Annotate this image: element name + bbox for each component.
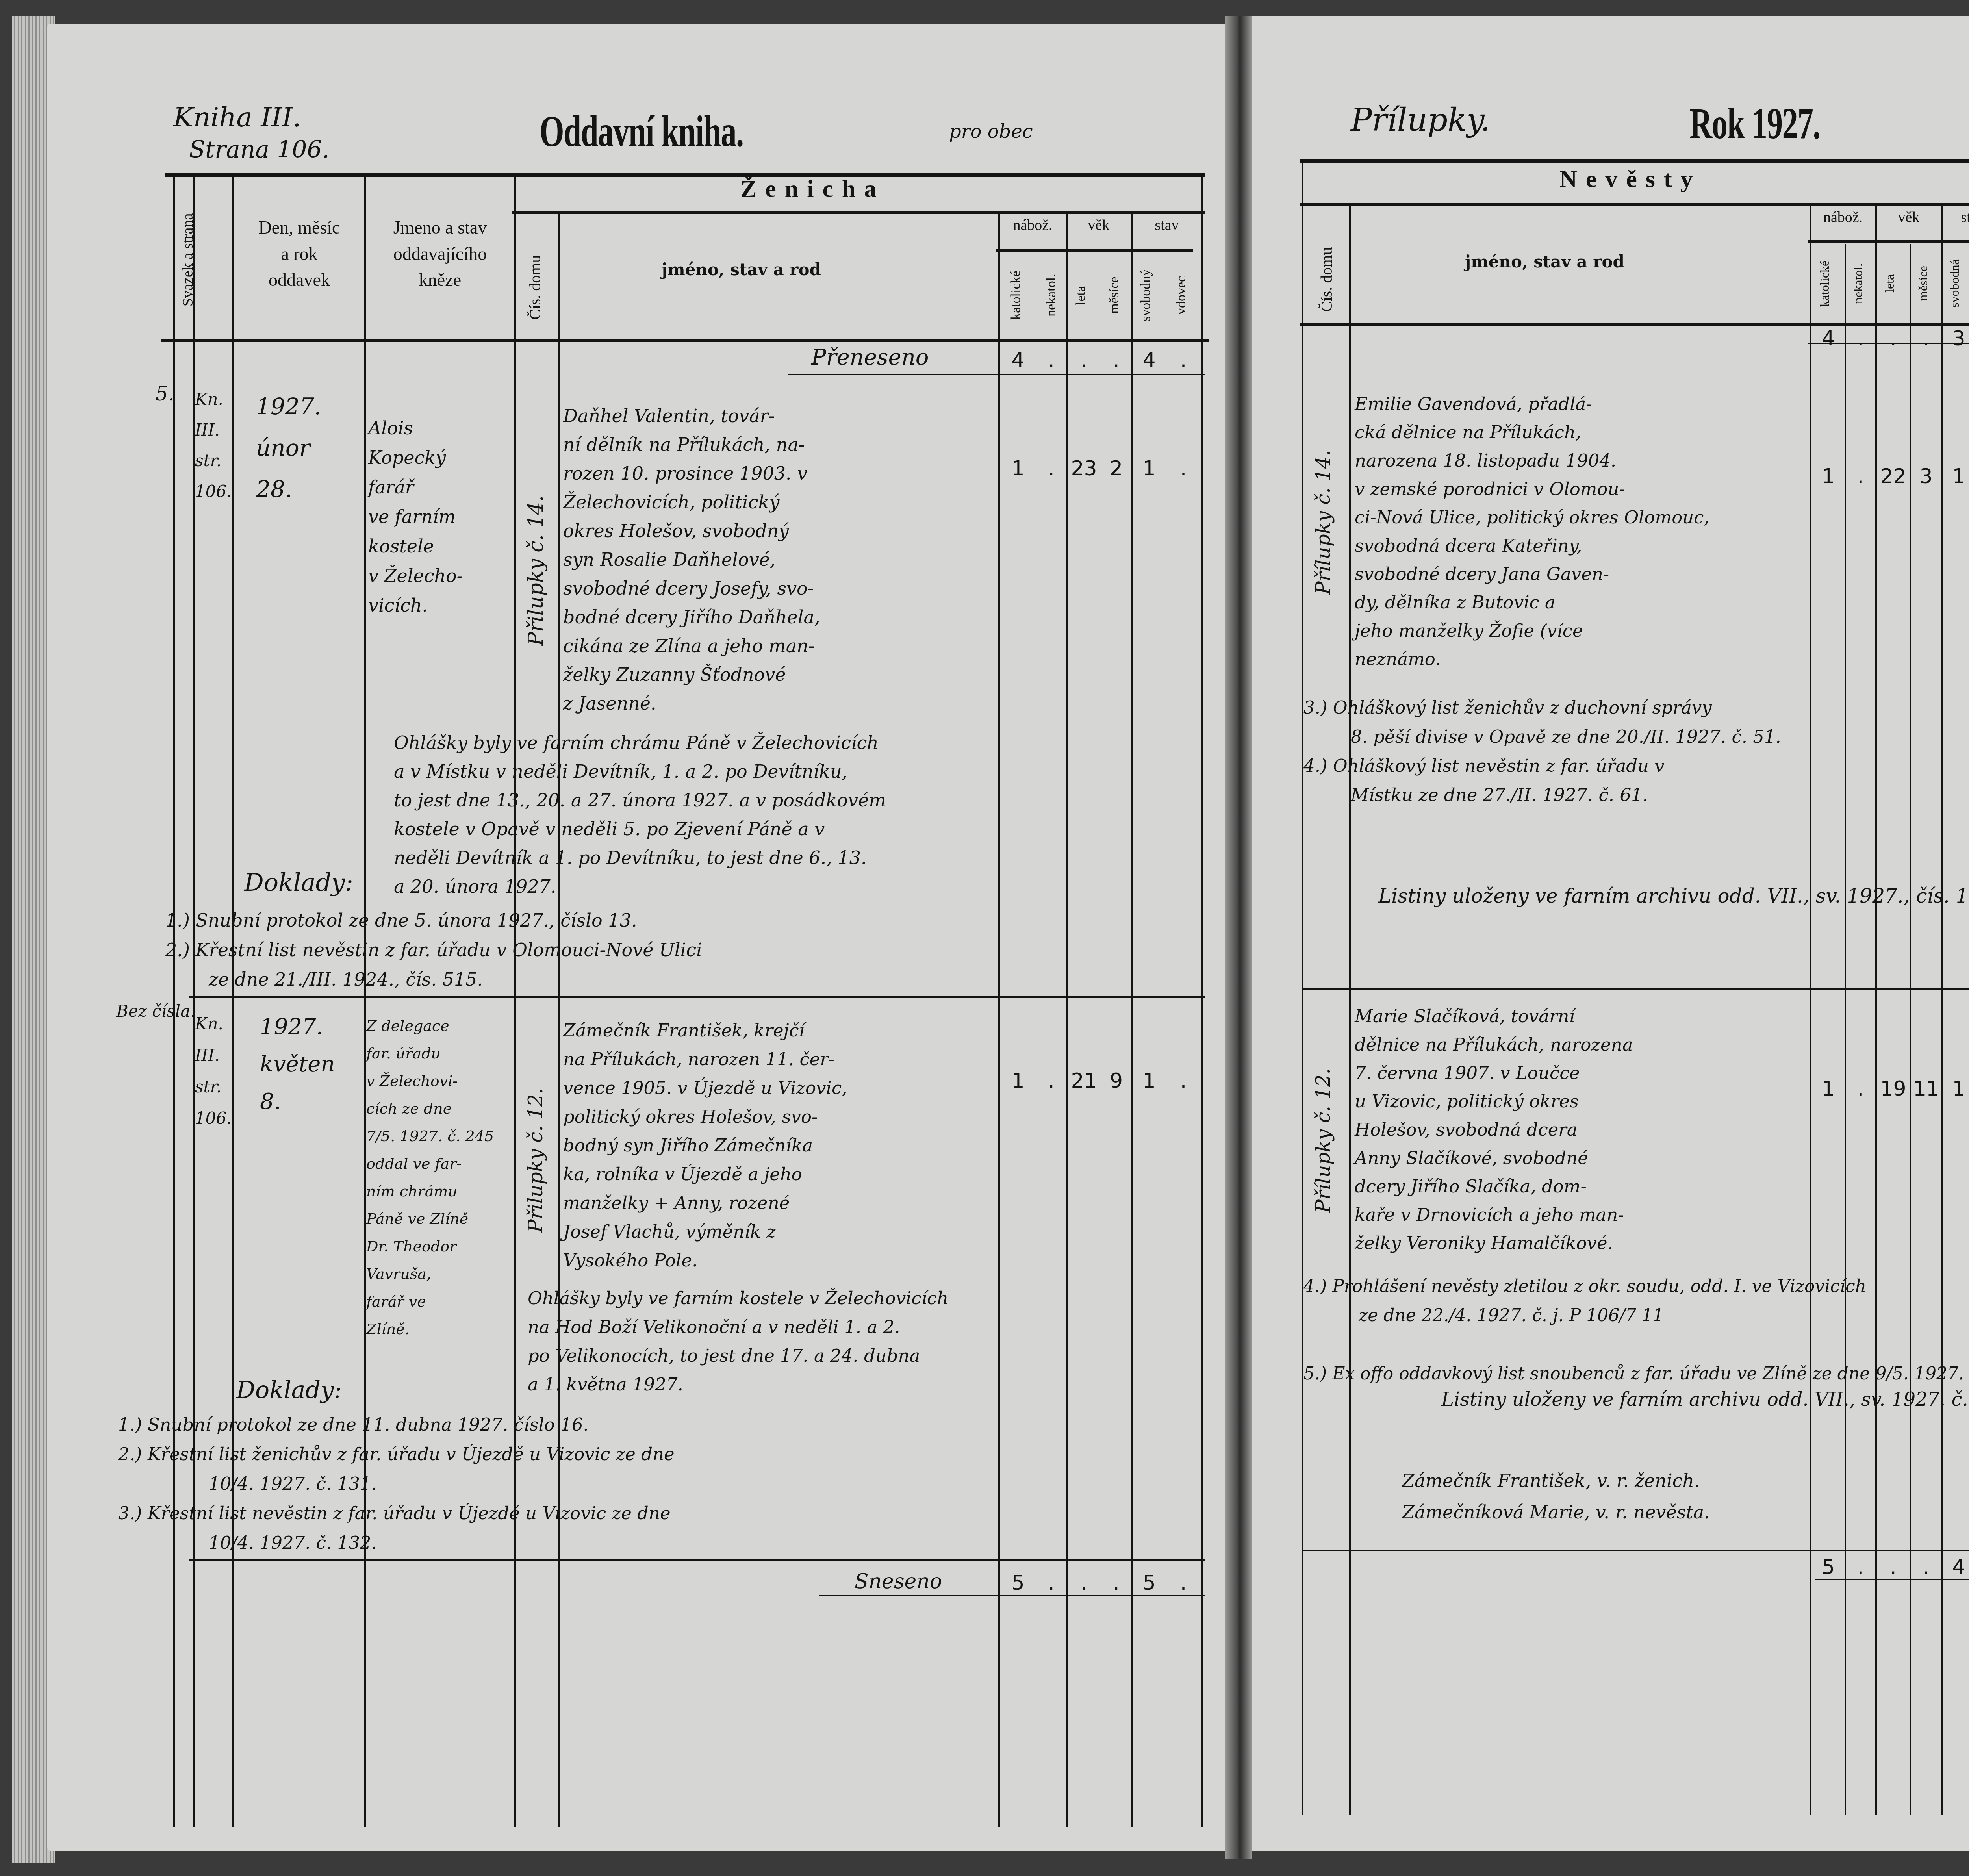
- col-header-religion: nábož.: [1000, 215, 1065, 236]
- entry-house: Přílupky č. 12.: [1313, 1008, 1337, 1213]
- col-header-single: svobodná: [1945, 246, 1969, 321]
- entry-house: Přilupky č. 12.: [526, 1012, 549, 1233]
- bride-single: 1: [1943, 1077, 1969, 1101]
- col-header-house: Čís. domu: [1315, 236, 1339, 323]
- signature: Zámečník František, v. r. ženich.: [1402, 1465, 1710, 1496]
- entry-date: 1927. únor 28.: [256, 386, 321, 510]
- total-years: .: [1876, 1555, 1910, 1579]
- section-rule: [512, 211, 1205, 214]
- col-line: [364, 173, 366, 1827]
- bride-line: svobodné dcery Jana Gaven-: [1355, 560, 1709, 588]
- priest-line: Kopecký: [368, 443, 463, 473]
- col-header-volume: Svazek a strana: [177, 185, 193, 335]
- groom-years: 23: [1067, 457, 1101, 480]
- entry-date: 1927. květen 8.: [260, 1008, 335, 1120]
- bride-noncatholic: .: [1846, 1077, 1875, 1101]
- date-year: 1927.: [256, 386, 321, 427]
- col-line: [514, 173, 516, 1827]
- carried-single: 4: [1133, 349, 1166, 372]
- col-header-months: měsíce: [1914, 246, 1937, 321]
- header-bottom-rule: [161, 339, 1209, 342]
- section-rule: [1300, 203, 1969, 206]
- col-header-status: stav: [1133, 215, 1200, 236]
- priest-line: vicích.: [368, 591, 463, 620]
- banns-note: Ohlášky byly ve farním kostele v Želecho…: [528, 1284, 948, 1399]
- bride-line: v zemské porodnici v Olomou-: [1355, 475, 1709, 503]
- banns-line: kostele v Opavě v neděli 5. po Zjevení P…: [394, 815, 886, 843]
- document-item: 10/4. 1927. č. 132.: [118, 1528, 675, 1557]
- priest-line: ním chrámu: [366, 1177, 494, 1205]
- groom-catholic: 1: [1000, 1069, 1036, 1093]
- priest-line: cích ze dne: [366, 1095, 494, 1122]
- bride-line: ci-Nová Ulice, politický okres Olomouc,: [1355, 503, 1709, 532]
- groom-line: cikána ze Zlína a jeho man-: [563, 632, 820, 660]
- carried-noncatholic: .: [1036, 349, 1066, 372]
- note-line: 4.) Prohlášení nevěsty zletilou z okr. s…: [1303, 1272, 1969, 1301]
- groom-line: Josef Vlachů, výměník z: [563, 1217, 847, 1246]
- priest-line: Z delegace: [366, 1012, 494, 1040]
- banns-note: Ohlášky byly ve farním chrámu Páně v Žel…: [394, 729, 886, 901]
- col-header-house: Čís. domu: [524, 244, 547, 331]
- banns-line: neděli Devítník a 1. po Devítníku, to je…: [394, 843, 886, 872]
- col-line: [1349, 205, 1351, 1815]
- col-header-age: věk: [1067, 215, 1130, 236]
- bride-months: 11: [1911, 1077, 1941, 1101]
- document-item: 2.) Křestní list ženichův z far. úřadu v…: [118, 1439, 675, 1469]
- volume-line: 106.: [195, 476, 232, 507]
- entry-priest: Alois Kopecký farář ve farním kostele v …: [368, 413, 463, 620]
- header-line: a rok: [234, 241, 364, 267]
- groom-line: vence 1905. v Újezdě u Vizovic,: [563, 1073, 847, 1102]
- bride-single: 1: [1943, 465, 1969, 488]
- total-noncatholic: .: [1846, 1555, 1875, 1579]
- col-header-widower: vdovec: [1172, 254, 1195, 337]
- total-months: .: [1101, 1571, 1131, 1595]
- header-line: oddavajícího: [366, 241, 514, 267]
- total-rule: [1815, 1579, 1969, 1580]
- documents-label: Doklady:: [244, 870, 353, 895]
- sub-header-rule: [996, 249, 1193, 252]
- bride-line: u Vizovic, politický okres: [1355, 1087, 1633, 1116]
- document-item: 3.) Křestní list nevěstin z far. úřadu v…: [118, 1498, 675, 1528]
- note-line: ze dne 22./4. 1927. č. j. P 106/7 11: [1303, 1301, 1969, 1330]
- groom-noncatholic: .: [1036, 457, 1066, 480]
- banns-line: na Hod Boží Velikonoční a v neděli 1. a …: [528, 1312, 948, 1341]
- volume-line: str.: [195, 1071, 232, 1103]
- bride-months: 3: [1911, 465, 1941, 488]
- priest-line: farář: [368, 473, 463, 502]
- priest-line: kostele: [368, 532, 463, 561]
- groom-line: z Jasenné.: [563, 689, 820, 718]
- banns-line: to jest dne 13., 20. a 27. února 1927. a…: [394, 786, 886, 815]
- groom-line: manželky + Anny, rozené: [563, 1188, 847, 1217]
- bride-description: Emilie Gavendová, přadlá- cká dělnice na…: [1355, 390, 1709, 673]
- groom-line: Zámečník František, krejčí: [563, 1016, 847, 1045]
- groom-line: bodné dcery Jiřího Daňhela,: [563, 603, 820, 632]
- date-day: 28.: [256, 469, 321, 510]
- total-catholic: 5: [1000, 1571, 1036, 1595]
- groom-widower: .: [1166, 457, 1200, 480]
- archive-note: Listiny uloženy ve farním archivu odd. V…: [1378, 886, 1969, 906]
- groom-widower: .: [1166, 1069, 1200, 1093]
- col-header-religion: nábož.: [1811, 207, 1874, 228]
- priest-line: Zlíně.: [366, 1315, 494, 1343]
- carried-years: .: [1876, 327, 1910, 350]
- groom-single: 1: [1133, 1069, 1166, 1093]
- priest-line: farář ve: [366, 1288, 494, 1315]
- total-noncatholic: .: [1036, 1571, 1066, 1595]
- entry-separator: [189, 996, 1205, 998]
- date-year: 1927.: [260, 1008, 335, 1046]
- col-header-years: leta: [1071, 254, 1095, 337]
- entry-number: 5.: [156, 384, 174, 404]
- col-header-years: leta: [1880, 246, 1904, 321]
- groom-line: Vysokého Pole.: [563, 1246, 847, 1275]
- total-single: 5: [1133, 1571, 1166, 1595]
- bride-line: jeho manželky Žofie (více: [1355, 617, 1709, 645]
- banns-line: po Velikonocích, to jest dne 17. a 24. d…: [528, 1341, 948, 1370]
- header-line: oddavek: [234, 267, 364, 293]
- priest-line: 7/5. 1927. č. 245: [366, 1122, 494, 1150]
- volume-line: Kn.: [195, 384, 232, 415]
- priest-line: oddal ve far-: [366, 1150, 494, 1177]
- note-line: 4.) Ohláškový list nevěstin z far. úřadu…: [1303, 751, 1781, 780]
- carried-over-rule: [788, 374, 1205, 375]
- groom-catholic: 1: [1000, 457, 1036, 480]
- bride-line: dcery Jiřího Slačíka, dom-: [1355, 1172, 1633, 1201]
- carried-months: .: [1911, 327, 1941, 350]
- groom-line: ka, rolníka v Újezdě a jeho: [563, 1160, 847, 1188]
- book-label: Kniha III.: [173, 104, 301, 131]
- municipality-name: Přílupky.: [1351, 104, 1490, 136]
- top-rule: [1300, 159, 1969, 163]
- priest-line: ve farním: [368, 502, 463, 532]
- bride-noncatholic: .: [1846, 465, 1875, 488]
- col-header-noncatholic: nekatol.: [1042, 254, 1063, 337]
- col-header-months: měsíce: [1105, 254, 1128, 337]
- bride-line: cká dělnice na Přílukách,: [1355, 418, 1709, 447]
- note-line: č. 773.: [1303, 1330, 1969, 1359]
- entry-number: Bez čísla.: [116, 1000, 196, 1022]
- carried-widower: .: [1166, 349, 1200, 372]
- priest-line: v Želechovi-: [366, 1067, 494, 1095]
- carried-years: .: [1067, 349, 1101, 372]
- total-rule: [819, 1595, 1205, 1596]
- col-header-status: stav: [1943, 207, 1969, 228]
- document-item: ze dne 21./III. 1924., čís. 515.: [165, 965, 702, 994]
- banns-line: Ohlášky byly ve farním kostele v Želecho…: [528, 1284, 948, 1312]
- groom-noncatholic: .: [1036, 1069, 1066, 1093]
- banns-line: a v Místku v neděli Devítník, 1. a 2. po…: [394, 757, 886, 786]
- col-header-date: Den, měsíc a rok oddavek: [234, 215, 364, 293]
- bride-line: Emilie Gavendová, přadlá-: [1355, 390, 1709, 418]
- entry-priest: Z delegace far. úřadu v Želechovi- cích …: [366, 1012, 494, 1343]
- total-catholic: 5: [1811, 1555, 1845, 1579]
- priest-line: far. úřadu: [366, 1040, 494, 1067]
- entry-house: Přilupky č. 14.: [526, 394, 549, 646]
- bride-years: 19: [1876, 1077, 1910, 1101]
- bride-years: 22: [1876, 465, 1910, 488]
- col-header-name: jméno, stav a rod: [662, 260, 821, 279]
- page-label: Strana 106.: [189, 138, 330, 161]
- col-header-noncatholic: nekatol.: [1849, 246, 1871, 321]
- top-rule: [165, 173, 1205, 177]
- signatures: Zámečník František, v. r. ženich. Zámečn…: [1402, 1465, 1710, 1528]
- entry-house: Přílupky č. 14.: [1313, 374, 1337, 595]
- banns-line: Ohlášky byly ve farním chrámu Páně v Žel…: [394, 729, 886, 757]
- year-title: Rok 1927.: [1689, 98, 1820, 149]
- groom-line: Daňhel Valentin, továr-: [563, 402, 820, 430]
- groom-line: bodný syn Jiřího Zámečníka: [563, 1131, 847, 1160]
- col-line: [1302, 161, 1303, 1815]
- volume-line: III.: [195, 1040, 232, 1071]
- entry-volume: Kn. III. str. 106.: [195, 384, 232, 507]
- notes: 3.) Ohláškový list ženichův z duchovní s…: [1303, 693, 1781, 810]
- col-line: [558, 213, 560, 1827]
- carried-catholic: 4: [1000, 349, 1036, 372]
- bride-line: Marie Slačíková, tovární: [1355, 1002, 1633, 1031]
- archive-note: Listiny uloženy ve farním archivu odd. V…: [1441, 1390, 1969, 1409]
- documents-list: 1.) Snubní protokol ze dne 5. února 1927…: [165, 906, 702, 994]
- for-municipality-label: pro obec: [949, 122, 1033, 141]
- bride-catholic: 1: [1811, 465, 1845, 488]
- groom-months: 9: [1101, 1069, 1131, 1093]
- groom-line: želky Zuzanny Šťodnové: [563, 660, 820, 689]
- documents-list: 1.) Snubní protokol ze dne 11. dubna 192…: [118, 1410, 675, 1557]
- total-widower: .: [1166, 1571, 1200, 1595]
- note-line: 5.) Ex offo oddavkový list snoubenců z f…: [1303, 1359, 1969, 1388]
- note-line: 3.) Ohláškový list ženichův z duchovní s…: [1303, 693, 1781, 722]
- entry-volume: Kn. III. str. 106.: [195, 1008, 232, 1134]
- page-title: Oddavní kniha.: [540, 106, 743, 157]
- groom-line: okres Holešov, svobodný: [563, 517, 820, 545]
- volume-line: 106.: [195, 1103, 232, 1134]
- priest-line: Vavruša,: [366, 1260, 494, 1288]
- groom-line: na Přílukách, narozen 11. čer-: [563, 1045, 847, 1073]
- section-header-bride: Nevěsty: [1559, 165, 1702, 193]
- bride-line: Anny Slačíkové, svobodné: [1355, 1144, 1633, 1172]
- groom-line: svobodné dcery Josefy, svo-: [563, 574, 820, 603]
- carried-single: 3: [1943, 327, 1969, 350]
- document-item: 1.) Snubní protokol ze dne 11. dubna 192…: [118, 1410, 675, 1439]
- priest-line: v Želecho-: [368, 561, 463, 591]
- entry-separator: [1303, 988, 1969, 990]
- priest-line: Alois: [368, 413, 463, 443]
- sub-header-rule: [1808, 240, 1969, 243]
- bride-line: kaře v Drnovicích a jeho man-: [1355, 1201, 1633, 1229]
- banns-line: a 1. května 1927.: [528, 1370, 948, 1399]
- notes: 4.) Prohlášení nevěsty zletilou z okr. s…: [1303, 1272, 1969, 1388]
- groom-years: 21: [1067, 1069, 1101, 1093]
- document-item: 1.) Snubní protokol ze dne 5. února 1927…: [165, 906, 702, 935]
- carried-months: .: [1101, 349, 1131, 372]
- bride-line: narozena 18. listopadu 1904.: [1355, 447, 1709, 475]
- total-single: 4: [1943, 1555, 1969, 1579]
- document-item: 2.) Křestní list nevěstin z far. úřadu v…: [165, 935, 702, 965]
- section-header-groom: Ženicha: [740, 175, 885, 203]
- groom-line: syn Rosalie Daňhelové,: [563, 545, 820, 574]
- banns-line: a 20. února 1927.: [394, 872, 886, 901]
- document-item: 10/4. 1927. č. 131.: [118, 1469, 675, 1498]
- bride-line: svobodná dcera Kateřiny,: [1355, 532, 1709, 560]
- date-month: únor: [256, 427, 321, 469]
- carried-catholic: 4: [1811, 327, 1845, 350]
- header-line: Jmeno a stav: [366, 215, 514, 241]
- note-line: Místku ze dne 27./II. 1927. č. 61.: [1303, 780, 1781, 810]
- groom-line: Želechovicích, politický: [563, 488, 820, 517]
- bride-line: želky Veroniky Hamalčíkové.: [1355, 1229, 1633, 1257]
- groom-line: rozen 10. prosince 1903. v: [563, 459, 820, 488]
- book-gutter: [1225, 16, 1252, 1859]
- col-header-age: věk: [1877, 207, 1940, 228]
- carried-noncatholic: .: [1846, 327, 1875, 350]
- bride-line: dy, dělníka z Butovic a: [1355, 588, 1709, 617]
- groom-description: Zámečník František, krejčí na Přílukách,…: [563, 1016, 847, 1275]
- col-line: [232, 173, 234, 1827]
- entries-end-rule: [189, 1559, 1205, 1561]
- note-line: 8. pěší divise v Opavě ze dne 20./II. 19…: [1303, 722, 1781, 751]
- date-month: květen: [260, 1046, 335, 1083]
- col-line: [1201, 173, 1203, 1827]
- col-header-priest: Jmeno a stav oddavajícího kněze: [366, 215, 514, 293]
- groom-line: ní dělník na Přílukách, na-: [563, 430, 820, 459]
- priest-line: Dr. Theodor: [366, 1233, 494, 1260]
- bride-line: dělnice na Přílukách, narozena: [1355, 1031, 1633, 1059]
- col-header-catholic: katolické: [1815, 246, 1839, 321]
- bride-line: Holešov, svobodná dcera: [1355, 1116, 1633, 1144]
- date-day: 8.: [260, 1083, 335, 1120]
- bride-catholic: 1: [1811, 1077, 1845, 1101]
- groom-months: 2: [1101, 457, 1131, 480]
- documents-label: Doklady:: [236, 1378, 342, 1402]
- col-header-single: svobodný: [1136, 254, 1162, 337]
- volume-line: str.: [195, 445, 232, 476]
- total-label: Sneseno: [855, 1571, 942, 1592]
- signature: Zámečníková Marie, v. r. nevěsta.: [1402, 1496, 1710, 1528]
- volume-line: III.: [195, 415, 232, 445]
- volume-line: Kn.: [195, 1008, 232, 1040]
- groom-description: Daňhel Valentin, továr- ní dělník na Pří…: [563, 402, 820, 718]
- entries-end-rule: [1303, 1550, 1969, 1551]
- header-line: kněze: [366, 267, 514, 293]
- carried-over-label: Přeneseno: [811, 347, 929, 369]
- groom-single: 1: [1133, 457, 1166, 480]
- header-line: Den, měsíc: [234, 215, 364, 241]
- col-line: [1845, 244, 1846, 1815]
- bride-line: 7. června 1907. v Loučce: [1355, 1059, 1633, 1087]
- col-header-name: jméno, stav a rod: [1465, 252, 1624, 271]
- header-bottom-rule: [1300, 323, 1969, 326]
- groom-line: politický okres Holešov, svo-: [563, 1102, 847, 1131]
- total-years: .: [1067, 1571, 1101, 1595]
- priest-line: Páně ve Zlíně: [366, 1205, 494, 1233]
- bride-line: neznámo.: [1355, 645, 1709, 673]
- bride-description: Marie Slačíková, tovární dělnice na Příl…: [1355, 1002, 1633, 1257]
- col-header-catholic: katolické: [1006, 254, 1030, 337]
- total-months: .: [1911, 1555, 1941, 1579]
